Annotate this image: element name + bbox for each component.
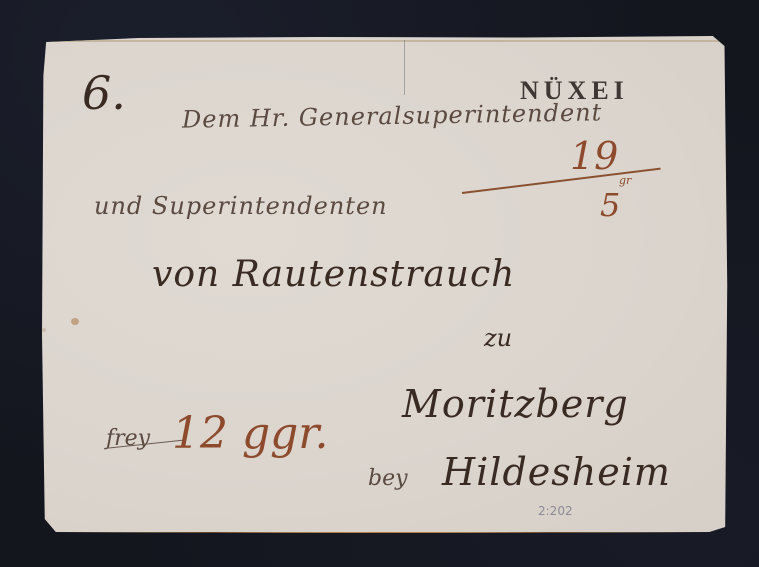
address-line-4: zu — [484, 324, 512, 352]
red-rate-numeral: 19 — [570, 134, 618, 178]
address-line-6-prefix: bey — [368, 466, 408, 491]
red-rate-superscript: gr — [619, 174, 631, 187]
address-line-2: und Superintendenten — [94, 192, 388, 220]
address-line-5: Moritzberg — [402, 382, 629, 426]
foxing-spot — [42, 328, 46, 332]
red-rate-sub-numeral: 5 — [600, 186, 620, 224]
rate-numeral-left: 6. — [82, 66, 126, 120]
franking-red-amount: 12 ggr. — [172, 408, 329, 459]
foxing-spot — [71, 318, 79, 325]
address-line-6: Hildesheim — [442, 450, 671, 494]
fold-crease — [404, 40, 405, 95]
address-line-1: Dem Hr. Generalsuperintendent — [182, 98, 603, 133]
envelope: NÜXEI 6. Dem Hr. Generalsuperintendent 1… — [42, 36, 730, 534]
pencil-catalog-note: 2:202 — [538, 504, 573, 518]
address-line-3: von Rautenstrauch — [152, 254, 515, 295]
